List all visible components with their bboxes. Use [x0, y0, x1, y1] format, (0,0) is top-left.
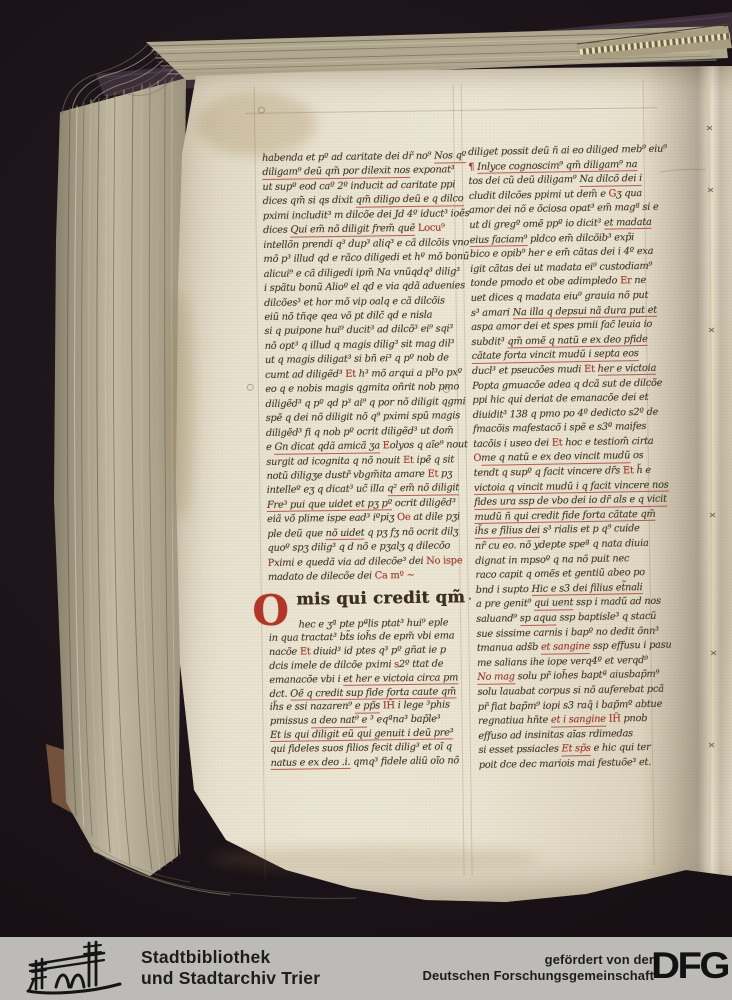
library-name: Stadtbibliothek und Stadtarchiv Trier	[141, 947, 320, 989]
footer-banner: Stadtbibliothek und Stadtarchiv Trier ge…	[0, 937, 732, 1000]
funding-credit: gefördert von der Deutschen Forschungsge…	[423, 952, 654, 984]
digitized-manuscript-scan: habenda et pº ad caritate dei dr̃ no⁹ No…	[0, 0, 732, 1000]
text-column-left-lower: hec e ʒª pte pªlis ptat³ hui⁹ eplein qua…	[269, 616, 471, 771]
funding-line1: gefördert von der	[423, 952, 654, 968]
library-name-line1: Stadtbibliothek	[141, 947, 320, 968]
manuscript-line: natus e ex deo .i. qmq³ fidele aliũ oĩo …	[270, 754, 470, 771]
rubric-heading: mis qui credit qm̃	[296, 587, 465, 608]
library-name-line2: und Stadtarchiv Trier	[141, 968, 320, 989]
text-column-left: habenda et pº ad caritate dei dr̃ no⁹ No…	[262, 149, 471, 770]
text-column-left-upper: habenda et pº ad caritate dei dr̃ no⁹ No…	[262, 149, 468, 585]
funding-line2: Deutschen Forschungsgemeinschaft	[423, 968, 654, 984]
manuscript-line: Pximi e quedã via ad dilecõe³ dei No isp…	[268, 554, 468, 571]
manuscript-line: dilcões³ et hor mõ vip oalq e cã dilcõis	[264, 294, 464, 311]
stadtbibliothek-logo-icon	[26, 939, 131, 999]
rubric-mark: ·	[465, 594, 471, 605]
manuscript-line: madato de dilecõe dei Ca mº ~	[268, 568, 468, 585]
dfg-logo: DFG	[651, 946, 728, 987]
rubricated-initial: O	[252, 590, 289, 631]
text-column-right: diliget possit deũ ñ ai eo diliged meb⁹ …	[468, 142, 687, 773]
rubric-block: Omis qui credit qm̃ ·	[268, 590, 468, 617]
